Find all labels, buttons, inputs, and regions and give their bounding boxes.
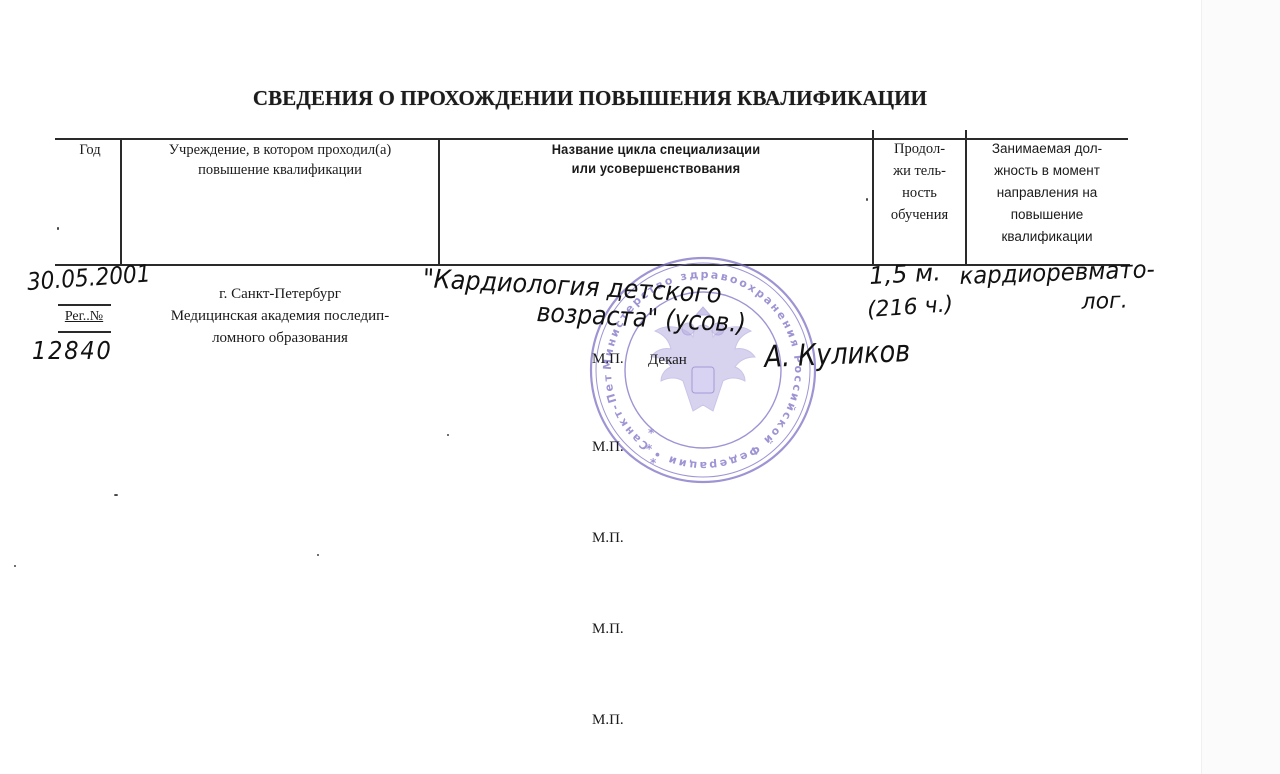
scan-speck [14,565,16,567]
header-duration: Продол- жи тель- ность обучения [874,138,965,226]
reg-number: 12840 [32,336,113,365]
header-position: Занимаемая дол- жность в момент направле… [967,138,1127,248]
header-course: Название цикла специализации или усоверш… [451,140,861,178]
position-line-2: лог. [1081,288,1128,315]
header-year: Год [60,140,120,160]
page-title: СВЕДЕНИЯ О ПРОХОЖДЕНИИ ПОВЫШЕНИЯ КВАЛИФИ… [0,86,1180,111]
scan-speck [866,198,868,201]
scan-speck [317,554,319,556]
seal-slot-3: М.П. [592,530,624,547]
header-institution: Учреждение, в котором проходил(а) повыше… [122,140,438,180]
scan-speck [447,434,449,436]
dean-signature: А. Куликов [764,334,911,375]
institution-text: г. Санкт-Петербург Медицинская академия … [122,283,438,349]
seal-slot-2: М.П. [592,439,624,456]
duration-line-1: 1,5 м. [869,258,942,290]
scan-page-edge [1201,0,1280,774]
svg-text:*: * [650,456,657,470]
reg-underline [58,331,111,333]
signatory-title: Декан [648,349,708,371]
seal-slot-4: М.П. [592,621,624,638]
svg-text:*: * [646,442,653,456]
reg-label: Рег..№ [52,306,116,328]
scan-speck [57,227,59,230]
svg-text:*: * [648,426,655,440]
position-line-1: кардиоревмато- [959,255,1155,290]
seal-slot-5: М.П. [592,712,624,729]
seal-placeholder-label: М.П. [592,351,624,368]
duration-line-2: (216 ч.) [866,292,954,323]
scan-speck [114,494,118,496]
column-divider-2 [438,139,440,265]
